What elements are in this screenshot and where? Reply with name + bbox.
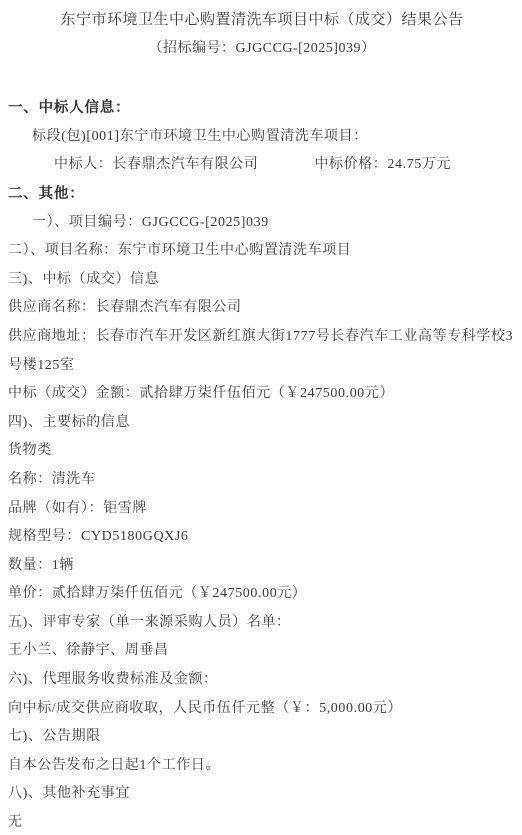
section-heading: 一、中标人信息： bbox=[8, 94, 516, 123]
document-body: 一、中标人信息：标段(包)[001]东宁市环境卫生中心购置清洗车项目：中标人：长… bbox=[8, 94, 516, 835]
document-line: 五)、评审专家（单一来源采购人员）名单： bbox=[8, 609, 516, 638]
line-segment: 中标价格：24.75万元 bbox=[314, 157, 451, 172]
document-line: 数量：1辆 bbox=[8, 552, 516, 581]
document-line: 向中标/成交供应商收取，人民币伍仟元整（￥：5,000.00元） bbox=[8, 695, 516, 724]
document-line: 二）、项目名称：东宁市环境卫生中心购置清洗车项目 bbox=[8, 237, 516, 266]
document-line: 一）、项目编号：GJGCCG-[2025]039 bbox=[8, 209, 516, 238]
document-subtitle: （招标编号：GJGCCG-[2025]039） bbox=[8, 35, 516, 64]
document-line: 供应商地址：长春市汽车开发区新红旗大街1777号长春汽车工业高等专科学校3号楼1… bbox=[8, 323, 516, 380]
document-title: 东宁市环境卫生中心购置清洗车项目中标（成交）结果公告 bbox=[8, 6, 516, 35]
document-line: 名称：清洗车 bbox=[8, 466, 516, 495]
document-line: 王小兰、徐静宇、周垂昌 bbox=[8, 637, 516, 666]
document-line: 单价：贰拾肆万柒仟伍佰元（￥247500.00元） bbox=[8, 580, 516, 609]
document-line: 七)、公告期限 bbox=[8, 723, 516, 752]
document-line: 标段(包)[001]东宁市环境卫生中心购置清洗车项目： bbox=[8, 123, 516, 152]
document-line: 三)、中标（成交）信息 bbox=[8, 266, 516, 295]
document-line: 四)、主要标的信息 bbox=[8, 409, 516, 438]
document-line: 自本公告发布之日起1个工作日。 bbox=[8, 752, 516, 781]
document-page: 东宁市环境卫生中心购置清洗车项目中标（成交）结果公告 （招标编号：GJGCCG-… bbox=[0, 0, 522, 835]
document-line: 规格型号：CYD5180GQXJ6 bbox=[8, 523, 516, 552]
document-line: 中标（成交）金额：贰拾肆万柒仟伍佰元（￥247500.00元） bbox=[8, 380, 516, 409]
document-line: 供应商名称：长春鼎杰汽车有限公司 bbox=[8, 294, 516, 323]
document-line: 货物类 bbox=[8, 437, 516, 466]
document-line: 八)、其他补充事宜 bbox=[8, 780, 516, 809]
document-line: 中标人：长春鼎杰汽车有限公司中标价格：24.75万元 bbox=[8, 151, 516, 180]
document-line: 无 bbox=[8, 809, 516, 835]
document-line: 六)、代理服务收费标准及金额： bbox=[8, 666, 516, 695]
line-segment: 中标人：长春鼎杰汽车有限公司 bbox=[54, 157, 258, 172]
document-line: 品牌（如有）：钜雪牌 bbox=[8, 495, 516, 524]
section-heading: 二、其他： bbox=[8, 180, 516, 209]
